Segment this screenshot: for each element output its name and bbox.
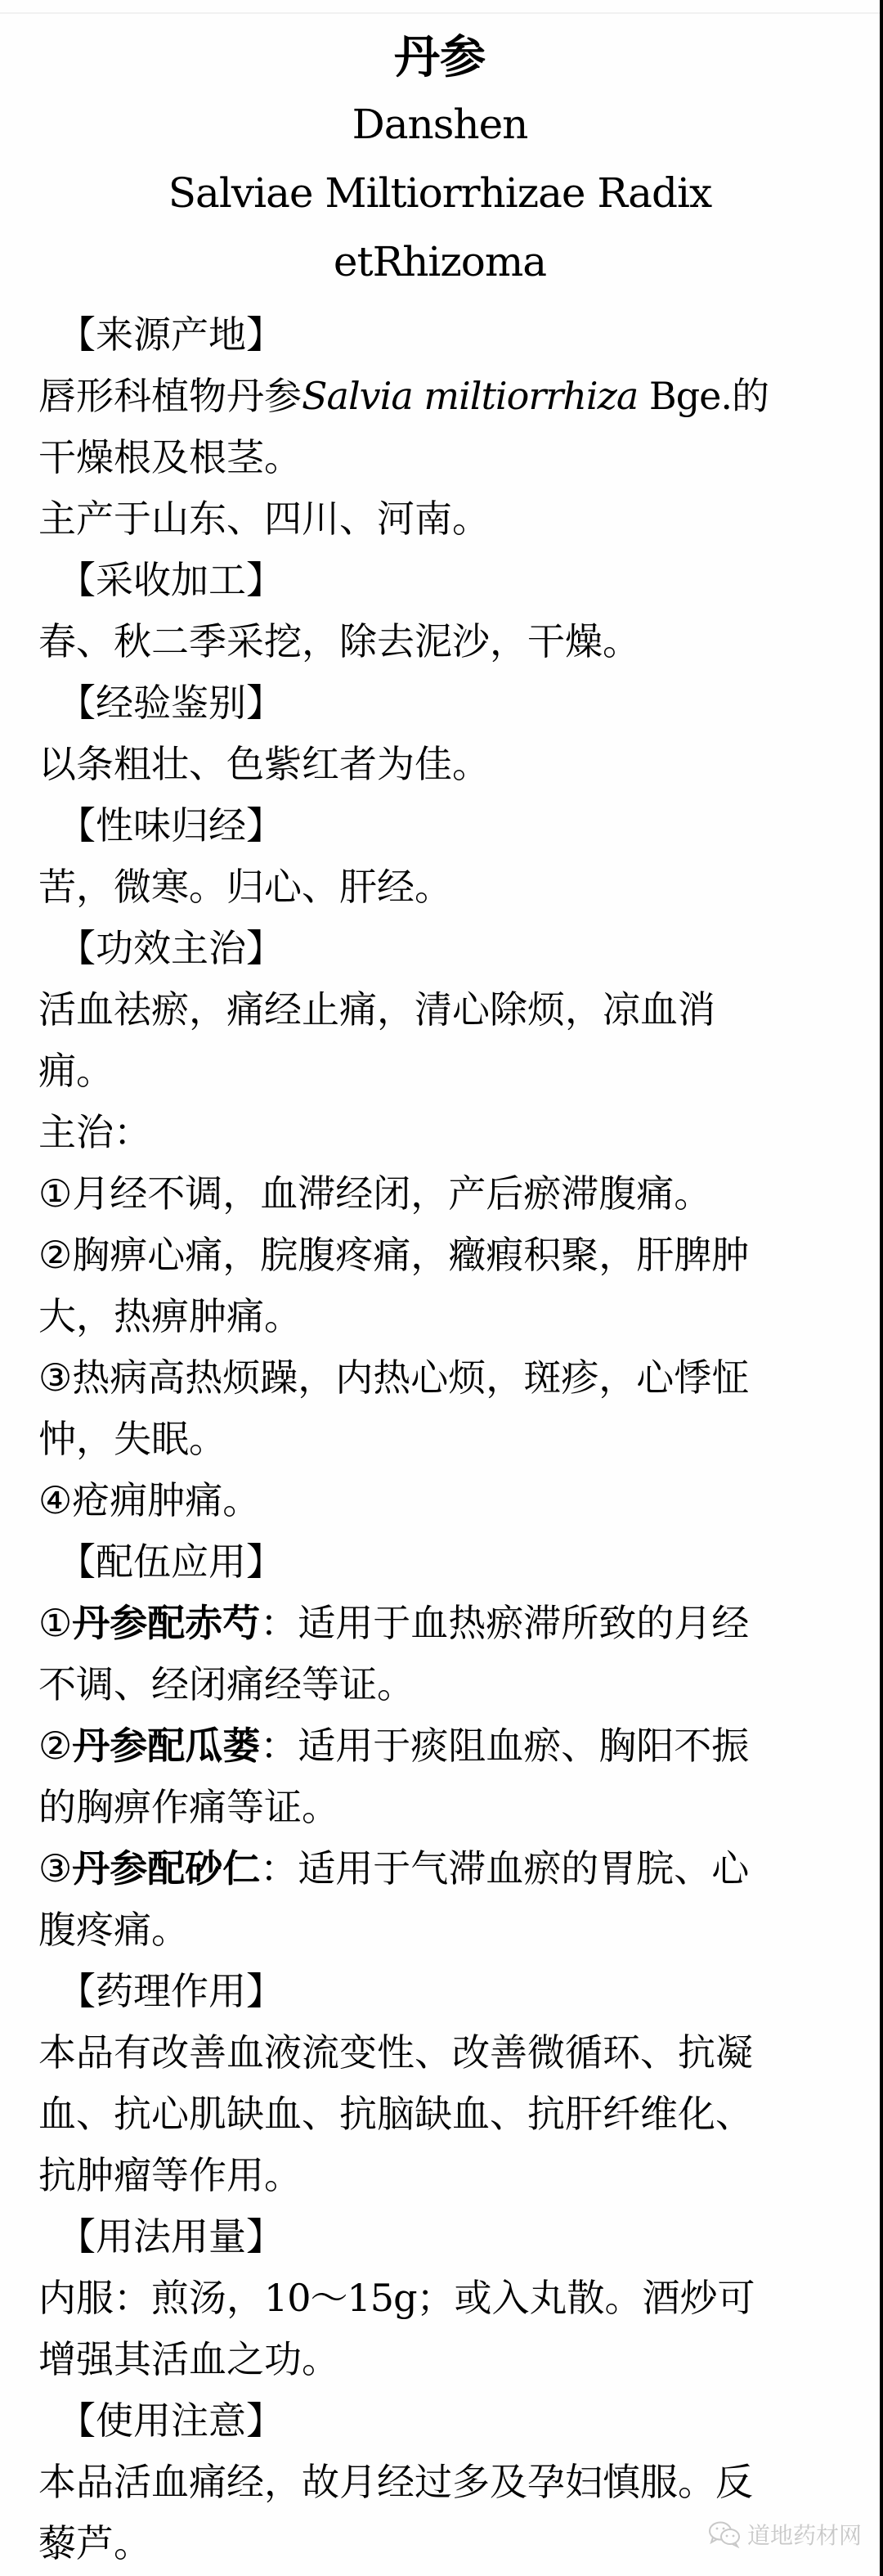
text-line: 痈。: [38, 1041, 843, 1102]
watermark: 道地药材网: [708, 2518, 862, 2551]
emphasis-text: 丹参配赤芍: [72, 1601, 260, 1645]
text-line: 干燥根及根茎。: [38, 427, 843, 488]
text-run: ③热病高热烦躁，内热心烦，斑疹，心悸怔: [38, 1355, 749, 1400]
text-run: 痈。: [38, 1049, 114, 1093]
text-run: 干燥根及根茎。: [38, 435, 302, 479]
section-header: 【采收加工】: [38, 550, 843, 611]
text-run: 血、抗心肌缺血、抗脑缺血、抗肝纤维化、: [38, 2092, 753, 2136]
watermark-text: 道地药材网: [747, 2518, 862, 2551]
text-run: 活血祛瘀，痛经止痛，清心除烦，凉血消: [38, 987, 715, 1032]
text-line: ①丹参配赤芍：适用于血热瘀滞所致的月经: [38, 1593, 843, 1654]
text-line: 忡，失眠。: [38, 1409, 843, 1470]
text-run: 的: [732, 374, 769, 418]
text-line: 活血祛瘀，痛经止痛，清心除烦，凉血消: [38, 979, 843, 1041]
text-run: 苦，微寒。归心、肝经。: [38, 865, 452, 909]
emphasis-text: 丹参配砂仁: [72, 1846, 260, 1890]
text-line: 苦，微寒。归心、肝经。: [38, 856, 843, 918]
text-line: 主治：: [38, 1102, 843, 1163]
text-line: ②丹参配瓜蒌：适用于痰阻血瘀、胸阳不振: [38, 1715, 843, 1777]
section-header: 【药理作用】: [38, 1961, 843, 2022]
text-run: 主治：: [38, 1110, 151, 1154]
text-run: 以条粗壮、色紫红者为佳。: [38, 742, 490, 786]
section-header: 【功效主治】: [38, 918, 843, 979]
text-run: 大，热痹肿痛。: [38, 1294, 302, 1338]
text-run: 忡，失眠。: [38, 1417, 226, 1461]
text-run: 增强其活血之功。: [38, 2337, 339, 2381]
text-run: ②胸痹心痛，脘腹疼痛，癥瘕积聚，肝脾肿: [38, 1233, 749, 1277]
text-run: 不调、经闭痛经等证。: [38, 1662, 415, 1706]
text-run: ①月经不调，血滞经闭，产后瘀滞腹痛。: [38, 1171, 711, 1216]
english-title-line-2: Salviae Miltiorrhizae Radix: [0, 159, 880, 227]
text-line: 内服：煎汤，10～15g；或入丸散。酒炒可: [38, 2268, 843, 2329]
text-line: 本品有改善血液流变性、改善微循环、抗凝: [38, 2022, 843, 2084]
section-header: 【性味归经】: [38, 795, 843, 856]
section-header: 【使用注意】: [38, 2390, 843, 2452]
text-run: ②: [38, 1724, 72, 1768]
top-divider: [0, 12, 880, 14]
text-line: ②胸痹心痛，脘腹疼痛，癥瘕积聚，肝脾肿: [38, 1225, 843, 1286]
text-run: 春、秋二季采挖，除去泥沙，干燥。: [38, 619, 640, 663]
latin-text: Bge.: [638, 374, 732, 418]
text-run: ④疮痈肿痛。: [38, 1478, 260, 1522]
text-run: 唇形科植物丹参: [38, 374, 302, 418]
text-line: 的胸痹作痛等证。: [38, 1777, 843, 1838]
text-run: 本品活血痛经，故月经过多及孕妇慎服。反: [38, 2460, 753, 2504]
text-run: 抗肿瘤等作用。: [38, 2153, 302, 2197]
english-title-line-3: etRhizoma: [0, 227, 880, 296]
english-title-line-1: Danshen: [0, 90, 880, 159]
text-line: ④疮痈肿痛。: [38, 1470, 843, 1531]
text-run: 内服：煎汤，: [38, 2276, 264, 2320]
text-line: 抗肿瘤等作用。: [38, 2145, 843, 2206]
text-run: 本品有改善血液流变性、改善微循环、抗凝: [38, 2030, 753, 2075]
text-run: 的胸痹作痛等证。: [38, 1785, 339, 1829]
text-line: 春、秋二季采挖，除去泥沙，干燥。: [38, 611, 843, 672]
text-run: ：适用于痰阻血瘀、胸阳不振: [260, 1724, 749, 1768]
text-run: ：适用于血热瘀滞所致的月经: [260, 1601, 749, 1645]
text-run: ③: [38, 1846, 72, 1890]
latin-text: Salvia miltiorrhiza: [302, 374, 638, 418]
text-run: ；或入丸散。酒炒可: [417, 2276, 755, 2320]
text-line: 以条粗壮、色紫红者为佳。: [38, 734, 843, 795]
text-line: 不调、经闭痛经等证。: [38, 1654, 843, 1715]
latin-text: 10～15g: [264, 2276, 417, 2320]
text-line: 增强其活血之功。: [38, 2329, 843, 2390]
page-title: 丹参: [0, 29, 880, 87]
text-line: 本品活血痛经，故月经过多及孕妇慎服。反: [38, 2452, 843, 2513]
text-line: ③丹参配砂仁：适用于气滞血瘀的胃脘、心: [38, 1838, 843, 1899]
text-run: 藜芦。: [38, 2521, 151, 2565]
text-line: 血、抗心肌缺血、抗脑缺血、抗肝纤维化、: [38, 2084, 843, 2145]
section-header: 【用法用量】: [38, 2206, 843, 2268]
section-header: 【经验鉴别】: [38, 672, 843, 734]
text-line: 大，热痹肿痛。: [38, 1286, 843, 1347]
text-run: 腹疼痛。: [38, 1908, 189, 1952]
text-line: ③热病高热烦躁，内热心烦，斑疹，心悸怔: [38, 1347, 843, 1409]
emphasis-text: 丹参配瓜蒌: [72, 1724, 260, 1768]
text-run: ①: [38, 1601, 72, 1645]
right-border: [880, 0, 883, 2576]
text-run: 主产于山东、四川、河南。: [38, 497, 490, 541]
text-line: 腹疼痛。: [38, 1899, 843, 1961]
text-line: ①月经不调，血滞经闭，产后瘀滞腹痛。: [38, 1163, 843, 1225]
text-run: ：适用于气滞血瘀的胃脘、心: [260, 1846, 749, 1890]
section-header: 【配伍应用】: [38, 1531, 843, 1593]
article-body: 【来源产地】唇形科植物丹参Salvia miltiorrhiza Bge.的干燥…: [38, 304, 843, 2574]
text-line: 主产于山东、四川、河南。: [38, 488, 843, 550]
wechat-icon: [708, 2520, 742, 2548]
text-line: 唇形科植物丹参Salvia miltiorrhiza Bge.的: [38, 366, 843, 427]
section-header: 【来源产地】: [38, 304, 843, 366]
article-page: 丹参 Danshen Salviae Miltiorrhizae Radix e…: [0, 0, 880, 2576]
